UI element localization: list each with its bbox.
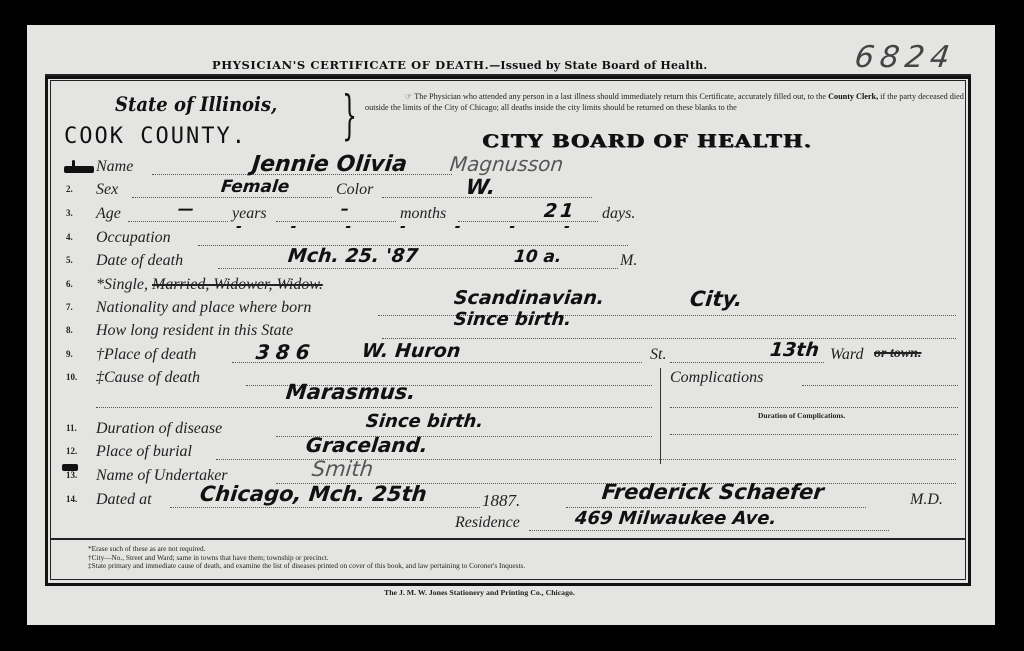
footnote-rule <box>50 538 966 540</box>
birthplace-value: City. <box>689 287 744 311</box>
field-complications: Complications <box>670 369 960 389</box>
title-main: PHYSICIAN'S CERTIFICATE OF DEATH. <box>212 58 489 72</box>
field-occupation: 4. Occupation - - - - - - - <box>66 229 966 249</box>
sex-label: Sex <box>96 181 118 199</box>
notice-text-1: The Physician who attended any person in… <box>414 92 826 101</box>
undertaker-value: Smith <box>311 457 375 481</box>
struck-town-label: or town. <box>874 346 921 362</box>
residency-label: How long resident in this State <box>96 322 293 340</box>
single-label: *Single, <box>96 276 148 294</box>
row-number: 7. <box>66 302 73 312</box>
title-issuer: —Issued by State Board of Health. <box>489 59 707 72</box>
occupation-value: - - - - - - - <box>235 219 593 235</box>
residence-label: Residence <box>455 514 520 532</box>
row-number: 6. <box>66 279 73 289</box>
row-number: 10. <box>66 372 77 382</box>
name-surname-value: Magnusson <box>449 152 565 176</box>
street-label: St. <box>650 346 666 364</box>
nationality-value: Scandinavian. <box>453 287 606 309</box>
house-number-value: 386 <box>255 340 317 364</box>
brace-icon: } <box>342 90 357 142</box>
county-clerk: County Clerk, <box>828 92 878 101</box>
filing-notice: ☞ The Physician who attended any person … <box>365 91 965 113</box>
ward-label: Ward <box>830 346 864 364</box>
field-residency: 8. How long resident in this State Since… <box>66 322 966 342</box>
row-number: 8. <box>66 325 73 335</box>
county-heading: COOK COUNTY. <box>64 124 247 149</box>
age-months-value: – <box>340 199 350 218</box>
duration-of-complications-label: Duration of Complications. <box>758 411 845 420</box>
complications-label: Complications <box>670 369 763 387</box>
field-residence: Residence 469 Milwaukee Ave. <box>455 514 895 534</box>
row-number: 12. <box>66 446 77 456</box>
residence-value: 469 Milwaukee Ave. <box>574 508 778 529</box>
footnotes: *Erase such of these as are not required… <box>88 545 525 571</box>
field-sex: 2. Sex Female Color W. <box>66 181 966 201</box>
time-of-death-value: 10 a. <box>513 247 563 267</box>
complications-line <box>670 407 958 408</box>
field-place-of-burial: 12. Place of burial Graceland. <box>66 443 966 463</box>
age-years-value: — <box>177 199 195 218</box>
row-number: 11. <box>66 423 77 433</box>
cause-continuation-line <box>96 407 652 408</box>
duration-label: Duration of disease <box>96 420 222 438</box>
sex-value: Female <box>220 177 290 197</box>
street-value: W. Huron <box>361 340 462 362</box>
md-label: M.D. <box>910 491 943 509</box>
dated-at-label: Dated at <box>96 491 152 509</box>
row-number: 4. <box>66 232 73 242</box>
days-label: days. <box>602 205 635 223</box>
certificate-title: PHYSICIAN'S CERTIFICATE OF DEATH.—Issued… <box>212 58 707 72</box>
burial-value: Graceland. <box>305 433 429 457</box>
footnote-3: ‡State primary and immediate cause of de… <box>88 562 525 571</box>
field-name: Name Jennie Olivia Magnusson <box>66 158 966 178</box>
dated-value: Chicago, Mch. 25th <box>199 482 428 506</box>
field-dated-at: 14. Dated at Chicago, Mch. 25th 1887. Fr… <box>66 491 966 511</box>
row-number: 5. <box>66 255 73 265</box>
state-heading: State of Illinois, <box>115 92 277 116</box>
row-number: 14. <box>66 494 77 504</box>
field-place-of-death: 9. †Place of death 386 W. Huron St. 13th… <box>66 346 966 366</box>
physician-signature: Frederick Schaefer <box>601 480 825 504</box>
place-of-death-label: †Place of death <box>96 346 196 364</box>
city-board-heading: CITY BOARD OF HEALTH. <box>482 130 812 151</box>
name-label: Name <box>96 158 133 176</box>
cause-of-death-label: ‡Cause of death <box>96 369 200 387</box>
duration-value: Since birth. <box>365 411 484 432</box>
cause-of-death-value: Marasmus. <box>285 380 417 404</box>
occupation-label: Occupation <box>96 229 171 247</box>
printer-credit: The J. M. W. Jones Stationery and Printi… <box>384 588 575 597</box>
row-number: 2. <box>66 184 73 194</box>
meridiem-label: M. <box>620 252 637 270</box>
struck-marital-options: Married, Widower, Widow. <box>152 276 323 294</box>
date-of-death-value: Mch. 25. '87 <box>287 245 419 267</box>
residency-value: Since birth. <box>453 309 572 330</box>
field-date-of-death: 5. Date of death Mch. 25. '87 10 a. M. <box>66 252 966 272</box>
color-value: W. <box>465 175 497 199</box>
row-number: 9. <box>66 349 73 359</box>
ward-value: 13th <box>769 339 820 361</box>
row-number: 13. <box>66 470 77 480</box>
date-of-death-label: Date of death <box>96 252 183 270</box>
age-label: Age <box>96 205 121 223</box>
year-value: 1887. <box>482 491 520 511</box>
complications-duration-line <box>670 434 958 435</box>
row-number: 3. <box>66 208 73 218</box>
color-label: Color <box>336 181 373 199</box>
burial-label: Place of burial <box>96 443 192 461</box>
nationality-label: Nationality and place where born <box>96 299 311 317</box>
certificate-number: 6824 <box>853 40 958 75</box>
name-first-value: Jennie Olivia <box>251 152 409 177</box>
pointing-hand-icon: ☞ <box>405 92 412 101</box>
